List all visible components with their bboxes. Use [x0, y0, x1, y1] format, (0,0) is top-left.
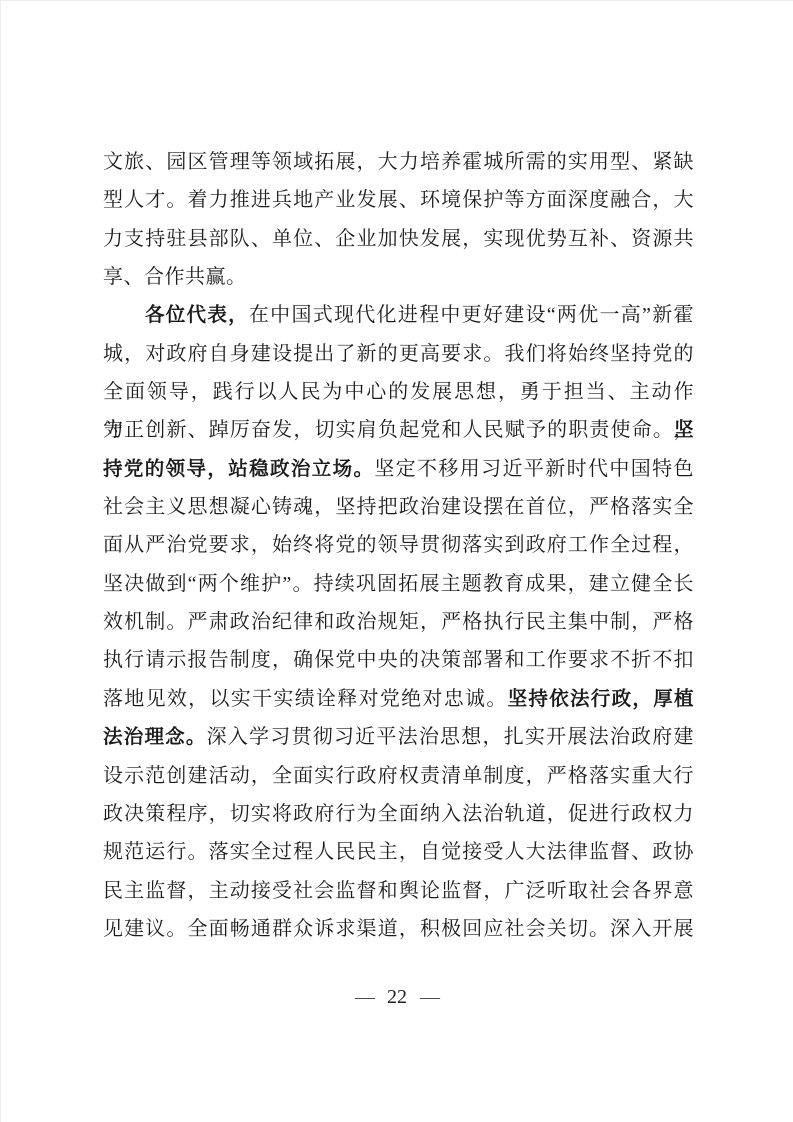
body-text: 设示范创建活动，全面实行政府权责清单制度，严格落实重大行 — [103, 765, 694, 787]
body-text: 深入学习贯彻习近平法治思想，扎实开展法治政府建 — [207, 726, 694, 748]
emphasis-text: 坚持依法行政，厚植 — [508, 688, 694, 710]
body-text: 城，对政府自身建设提出了新的更高要求。我们将始终坚持党的 — [103, 343, 694, 365]
text-line: 效机制。严肃政治纪律和政治规矩，严格执行民主集中制，严格 — [103, 603, 694, 641]
body-text: 面从严治党要求，始终将党的领导贯彻落实到政府工作全过程， — [103, 534, 694, 556]
body-text: 享、合作共赢。 — [103, 266, 247, 288]
text-line: 落地见效，以实干实绩诠释对党绝对忠诚。坚持依法行政，厚植 — [103, 680, 694, 718]
text-line: 全面领导，践行以人民为中心的发展思想，勇于担当、主动作为， — [103, 373, 694, 411]
text-line: 设示范创建活动，全面实行政府权责清单制度，严格落实重大行 — [103, 757, 694, 795]
text-line: 各位代表，在中国式现代化进程中更好建设“两优一高”新霍 — [103, 296, 694, 334]
text-line: 社会主义思想凝心铸魂，坚持把政治建设摆在首位，严格落实全 — [103, 488, 694, 526]
footer-page-number: 22 — [387, 986, 407, 1009]
text-line: 政决策程序，切实将政府行为全面纳入法治轨道，促进行政权力 — [103, 795, 694, 833]
body-text: 政决策程序，切实将政府行为全面纳入法治轨道，促进行政权力 — [103, 803, 694, 825]
body-text: 规范运行。落实全过程人民民主，自觉接受人大法律监督、政协 — [103, 841, 694, 863]
footer-dash-left: — — [355, 986, 374, 1009]
body-text: 效机制。严肃政治纪律和政治规矩，严格执行民主集中制，严格 — [103, 611, 694, 633]
document-body: 文旅、园区管理等领域拓展，大力培养霍城所需的实用型、紧缺型人才。着力推进兵地产业… — [103, 143, 694, 948]
text-line: 坚决做到“两个维护”。持续巩固拓展主题教育成果，建立健全长 — [103, 565, 694, 603]
body-text: 型人才。着力推进兵地产业发展、环境保护等方面深度融合，大 — [103, 189, 694, 211]
body-text: 力支持驻县部队、单位、企业加快发展，实现优势互补、资源共 — [103, 228, 694, 250]
emphasis-text: 各位代表， — [145, 304, 249, 326]
body-text: 执行请示报告制度，确保党中央的决策部署和工作要求不折不扣 — [103, 649, 694, 671]
text-line: 见建议。全面畅通群众诉求渠道，积极回应社会关切。深入开展 — [103, 910, 694, 948]
text-line: 文旅、园区管理等领域拓展，大力培养霍城所需的实用型、紧缺 — [103, 143, 694, 181]
text-line: 型人才。着力推进兵地产业发展、环境保护等方面深度融合，大 — [103, 181, 694, 219]
text-line: 城，对政府自身建设提出了新的更高要求。我们将始终坚持党的 — [103, 335, 694, 373]
text-line: 面从严治党要求，始终将党的领导贯彻落实到政府工作全过程， — [103, 526, 694, 564]
footer-dash-right: — — [420, 986, 439, 1009]
emphasis-text: 坚 — [674, 419, 694, 441]
body-text: 民主监督，主动接受社会监督和舆论监督，广泛听取社会各界意 — [103, 880, 694, 902]
body-text: 守正创新、踔厉奋发，切实肩负起党和人民赋予的职责使命。 — [103, 419, 674, 441]
text-line: 守正创新、踔厉奋发，切实肩负起党和人民赋予的职责使命。坚 — [103, 411, 694, 449]
body-text: 落地见效，以实干实绩诠释对党绝对忠诚。 — [103, 688, 508, 710]
body-text: 文旅、园区管理等领域拓展，大力培养霍城所需的实用型、紧缺 — [103, 151, 694, 173]
document-page: 文旅、园区管理等领域拓展，大力培养霍城所需的实用型、紧缺型人才。着力推进兵地产业… — [0, 0, 793, 1122]
body-text: 社会主义思想凝心铸魂，坚持把政治建设摆在首位，严格落实全 — [103, 496, 694, 518]
text-line: 执行请示报告制度，确保党中央的决策部署和工作要求不折不扣 — [103, 641, 694, 679]
text-line: 民主监督，主动接受社会监督和舆论监督，广泛听取社会各界意 — [103, 872, 694, 910]
emphasis-text: 法治理念。 — [103, 726, 207, 748]
text-line: 持党的领导，站稳政治立场。坚定不移用习近平新时代中国特色 — [103, 450, 694, 488]
text-line: 规范运行。落实全过程人民民主，自觉接受人大法律监督、政协 — [103, 833, 694, 871]
text-line: 力支持驻县部队、单位、企业加快发展，实现优势互补、资源共 — [103, 220, 694, 258]
emphasis-text: 持党的领导，站稳政治立场。 — [103, 458, 374, 480]
page-footer: — 22 — — [1, 986, 793, 1009]
text-line: 享、合作共赢。 — [103, 258, 694, 296]
body-text: 在中国式现代化进程中更好建设“两优一高”新霍 — [249, 304, 694, 326]
body-text: 见建议。全面畅通群众诉求渠道，积极回应社会关切。深入开展 — [103, 918, 694, 940]
body-text: 坚决做到“两个维护”。持续巩固拓展主题教育成果，建立健全长 — [103, 573, 694, 595]
body-text: 坚定不移用习近平新时代中国特色 — [374, 458, 694, 480]
text-line: 法治理念。深入学习贯彻习近平法治思想，扎实开展法治政府建 — [103, 718, 694, 756]
